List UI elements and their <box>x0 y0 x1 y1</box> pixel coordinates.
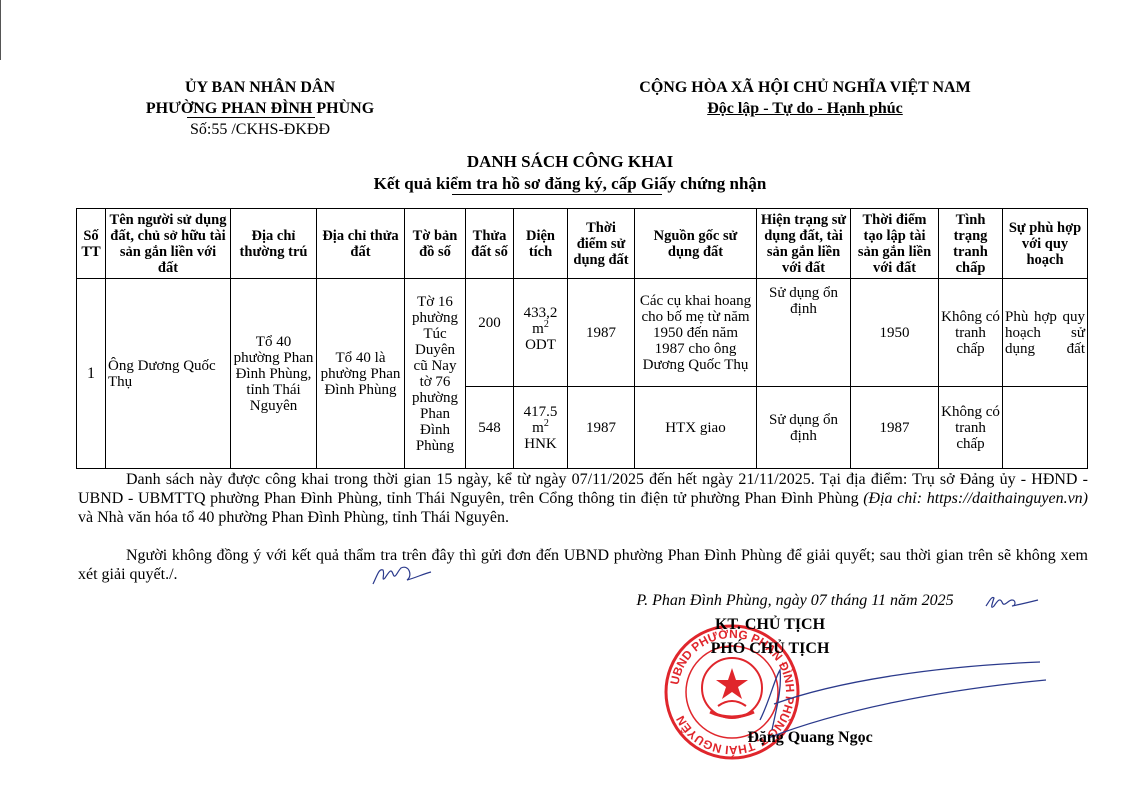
area-unit-exp: 2 <box>544 319 549 330</box>
col-header-current-status: Hiện trạng sử dụng đất, tài sản gắn liền… <box>757 209 851 279</box>
cell-asset-created: 1987 <box>851 387 939 469</box>
col-header-use-since: Thời điểm sử dụng đất <box>568 209 635 279</box>
national-header: CỘNG HÒA XÃ HỘI CHỦ NGHĨA VIỆT NAM Độc l… <box>590 77 1020 119</box>
table-header-row: Số TT Tên người sử dụng đất, chủ sở hữu … <box>77 209 1088 279</box>
cell-current-status: Sử dụng ổn định <box>757 279 851 387</box>
title-main: DANH SÁCH CÔNG KHAI <box>270 151 870 173</box>
cell-parcel-address: Tổ 40 là phường Phan Đình Phùng <box>317 279 405 469</box>
public-list-table: Số TT Tên người sử dụng đất, chủ sở hữu … <box>76 208 1088 469</box>
area-value: 417.5 <box>516 404 565 420</box>
cell-planning: Phù hợp quy hoạch sử dụng đất <box>1003 279 1088 387</box>
document-title: DANH SÁCH CÔNG KHAI Kết quả kiểm tra hồ … <box>270 151 870 195</box>
notice-paragraph-2: Người không đồng ý với kết quả thẩm tra … <box>78 546 1088 584</box>
cell-dispute: Không có tranh chấp <box>939 279 1003 387</box>
issuing-authority: ỦY BAN NHÂN DÂN PHƯỜNG PHAN ĐÌNH PHÙNG S… <box>110 77 410 140</box>
cell-parcel-no: 548 <box>466 387 514 469</box>
page-edge <box>0 0 1 60</box>
col-header-area: Diện tích <box>514 209 568 279</box>
cell-origin: HTX giao <box>635 387 757 469</box>
complaint-text: Người không đồng ý với kết quả thẩm tra … <box>78 547 1088 583</box>
land-type: ODT <box>516 337 565 353</box>
document-number: Số:55 /CKHS-ĐKĐĐ <box>110 119 410 140</box>
title-underline <box>452 194 662 195</box>
motto-text: Độc lập - Tự do - Hạnh phúc <box>707 100 903 117</box>
area-unit-text: m <box>532 420 544 436</box>
col-header-asset-created: Thời điểm tạo lập tài sản gắn liền với đ… <box>851 209 939 279</box>
col-header-parcel-no: Thửa đất số <box>466 209 514 279</box>
col-header-permanent-address: Địa chỉ thường trú <box>231 209 317 279</box>
authority-line2: PHƯỜNG PHAN ĐÌNH PHÙNG <box>110 98 410 119</box>
signatory-title-1: KT. CHỦ TỊCH <box>640 613 900 637</box>
signatory-title-2: PHÓ CHỦ TỊCH <box>640 637 900 661</box>
title-sub: Kết quả kiểm tra hồ sơ đăng ký, cấp Giấy… <box>270 173 870 195</box>
col-header-parcel-address: Địa chỉ thửa đất <box>317 209 405 279</box>
area-unit: m2 <box>516 420 565 436</box>
national-motto: Độc lập - Tự do - Hạnh phúc <box>590 98 1020 119</box>
cell-current-status: Sử dụng ổn định <box>757 387 851 469</box>
cell-owner: Ông Dương Quốc Thụ <box>106 279 231 469</box>
cell-area: 433,2 m2 ODT <box>514 279 568 387</box>
date-signature-icon <box>982 592 1042 614</box>
signatory-title: KT. CHỦ TỊCH PHÓ CHỦ TỊCH <box>640 613 900 661</box>
cell-use-since: 1987 <box>568 279 635 387</box>
cell-parcel-no: 200 <box>466 279 514 387</box>
authority-name: PHƯỜNG PHAN ĐÌNH PHÙNG <box>146 100 374 117</box>
area-unit: m2 <box>516 321 565 337</box>
area-unit-text: m <box>532 321 544 337</box>
initials-signature-icon <box>365 562 435 592</box>
cell-origin: Các cụ khai hoang cho bố mẹ từ năm 1950 … <box>635 279 757 387</box>
cell-use-since: 1987 <box>568 387 635 469</box>
notice-text-end: và Nhà văn hóa tổ 40 phường Phan Đình Ph… <box>78 509 509 526</box>
website-address: (Địa chỉ: https://daithainguyen.vn) <box>863 490 1088 507</box>
col-header-stt: Số TT <box>77 209 106 279</box>
national-title: CỘNG HÒA XÃ HỘI CHỦ NGHĨA VIỆT NAM <box>590 77 1020 98</box>
land-type: HNK <box>516 436 565 452</box>
authority-line1: ỦY BAN NHÂN DÂN <box>110 77 410 98</box>
cell-asset-created: 1950 <box>851 279 939 387</box>
cell-planning <box>1003 387 1088 469</box>
place-and-date: P. Phan Đình Phùng, ngày 07 tháng 11 năm… <box>560 592 1030 610</box>
col-header-origin: Nguồn gốc sử dụng đất <box>635 209 757 279</box>
area-value: 433,2 <box>516 305 565 321</box>
col-header-owner: Tên người sử dụng đất, chủ sở hữu tài sả… <box>106 209 231 279</box>
signatory-name: Đặng Quang Ngọc <box>700 729 920 747</box>
area-unit-exp: 2 <box>544 418 549 429</box>
notice-paragraph-1: Danh sách này được công khai trong thời … <box>78 470 1088 527</box>
cell-area: 417.5 m2 HNK <box>514 387 568 469</box>
col-header-dispute: Tình trạng tranh chấp <box>939 209 1003 279</box>
table-row: 1 Ông Dương Quốc Thụ Tổ 40 phường Phan Đ… <box>77 279 1088 387</box>
cell-stt: 1 <box>77 279 106 469</box>
authority-underline <box>187 117 315 118</box>
col-header-planning: Sự phù hợp với quy hoạch <box>1003 209 1088 279</box>
col-header-map-sheet: Tờ bản đồ số <box>405 209 466 279</box>
cell-map-sheet: Tờ 16 phường Túc Duyên cũ Nay tờ 76 phườ… <box>405 279 466 469</box>
cell-permanent-address: Tổ 40 phường Phan Đình Phùng, tỉnh Thái … <box>231 279 317 469</box>
cell-dispute: Không có tranh chấp <box>939 387 1003 469</box>
